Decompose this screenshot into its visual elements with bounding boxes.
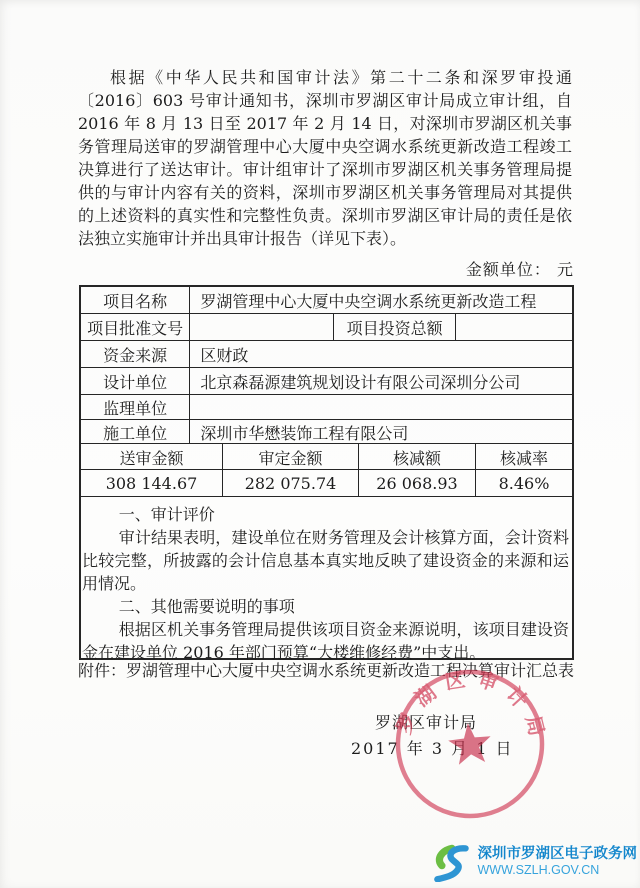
evaluation-row: 一、审计评价 审计结果表明，建设单位在财务管理及会计核算方面，会计资料比较完整，… (81, 497, 572, 658)
audited-amount-value: 282 075.74 (223, 470, 359, 497)
construction-unit-label: 施工单位 (81, 420, 190, 444)
submitted-amount-value: 308 144.67 (81, 470, 223, 497)
investment-total-value (456, 314, 572, 341)
funding-source-label: 资金来源 (81, 341, 190, 368)
evaluation-section2-body: 根据区机关事务管理局提供该项目资金来源说明，该项目建设资金在建设单位 2016 … (82, 618, 569, 664)
szlh-logo-icon (428, 842, 474, 882)
amount-value-row: 308 144.67 282 075.74 26 068.93 8.46% (81, 470, 572, 497)
audit-summary-table: 项目名称 罗湖管理中心大厦中央空调水系统更新改造工程 项目批准文号 项目投资总额… (79, 285, 574, 660)
table-row: 项目批准文号 项目投资总额 (81, 314, 572, 341)
amount-unit-label: 金额单位： 元 (466, 257, 574, 280)
project-name-value: 罗湖管理中心大厦中央空调水系统更新改造工程 (190, 287, 572, 314)
footer-branding: 深圳市罗湖区电子政务网 WWW.SZLH.GOV.CN (428, 842, 638, 882)
table-row: 资金来源 区财政 (81, 341, 572, 368)
reduction-rate-value: 8.46% (476, 470, 572, 497)
approval-no-value (190, 314, 334, 341)
funding-source-value: 区财政 (190, 341, 572, 368)
design-unit-value: 北京森磊源建筑规划设计有限公司深圳分公司 (190, 368, 572, 395)
footer-site-url: WWW.SZLH.GOV.CN (478, 863, 638, 878)
investment-total-label: 项目投资总额 (334, 314, 455, 341)
construction-unit-value: 深圳市华懋装饰工程有限公司 (190, 420, 572, 444)
signature-organization: 罗湖区审计局 (375, 710, 477, 733)
intro-paragraph: 根据《中华人民共和国审计法》第二十二条和深罗审投通〔2016〕603 号审计通知… (78, 66, 572, 250)
evaluation-cell: 一、审计评价 审计结果表明，建设单位在财务管理及会计核算方面，会计资料比较完整，… (81, 497, 572, 658)
approval-no-label: 项目批准文号 (81, 314, 190, 341)
evaluation-section1-title: 一、审计评价 (82, 503, 569, 526)
audited-amount-header: 审定金额 (223, 444, 359, 470)
design-unit-label: 设计单位 (81, 368, 190, 395)
supervision-unit-value (190, 395, 572, 420)
table-row: 设计单位 北京森磊源建筑规划设计有限公司深圳分公司 (81, 368, 572, 395)
table-row: 监理单位 (81, 395, 572, 420)
amount-header-row: 送审金额 审定金额 核减额 核减率 (81, 444, 572, 470)
submitted-amount-header: 送审金额 (81, 444, 223, 470)
supervision-unit-label: 监理单位 (81, 395, 190, 420)
signature-date: 2017 年 3 月 1 日 (351, 736, 514, 759)
footer-site-name: 深圳市罗湖区电子政务网 (478, 846, 638, 863)
footer-text: 深圳市罗湖区电子政务网 WWW.SZLH.GOV.CN (478, 846, 638, 878)
reduction-amount-header: 核减额 (359, 444, 476, 470)
project-name-label: 项目名称 (81, 287, 190, 314)
evaluation-section2-title: 二、其他需要说明的事项 (82, 595, 569, 618)
attachment-line: 附件：罗湖管理中心大厦中央空调水系统更新改造工程决算审计汇总表 (78, 659, 574, 682)
reduction-rate-header: 核减率 (476, 444, 572, 470)
scanned-audit-report-page: 根据《中华人民共和国审计法》第二十二条和深罗审投通〔2016〕603 号审计通知… (0, 0, 640, 888)
reduction-amount-value: 26 068.93 (359, 470, 476, 497)
evaluation-section1-body: 审计结果表明，建设单位在财务管理及会计核算方面，会计资料比较完整，所披露的会计信… (82, 526, 569, 595)
table-row: 项目名称 罗湖管理中心大厦中央空调水系统更新改造工程 (81, 287, 572, 314)
table-row: 施工单位 深圳市华懋装饰工程有限公司 (81, 420, 572, 444)
